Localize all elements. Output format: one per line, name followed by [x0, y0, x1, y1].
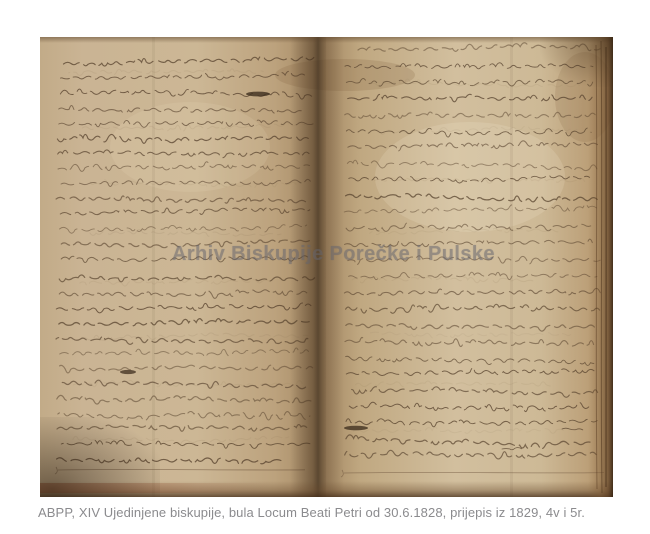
manuscript-image — [40, 37, 613, 497]
page: Arhiv Biskupije Porečke i Pulske ABPP, X… — [0, 0, 650, 534]
manuscript-photo: Arhiv Biskupije Porečke i Pulske — [40, 37, 613, 497]
photo-caption: ABPP, XIV Ujedinjene biskupije, bula Loc… — [38, 505, 638, 521]
